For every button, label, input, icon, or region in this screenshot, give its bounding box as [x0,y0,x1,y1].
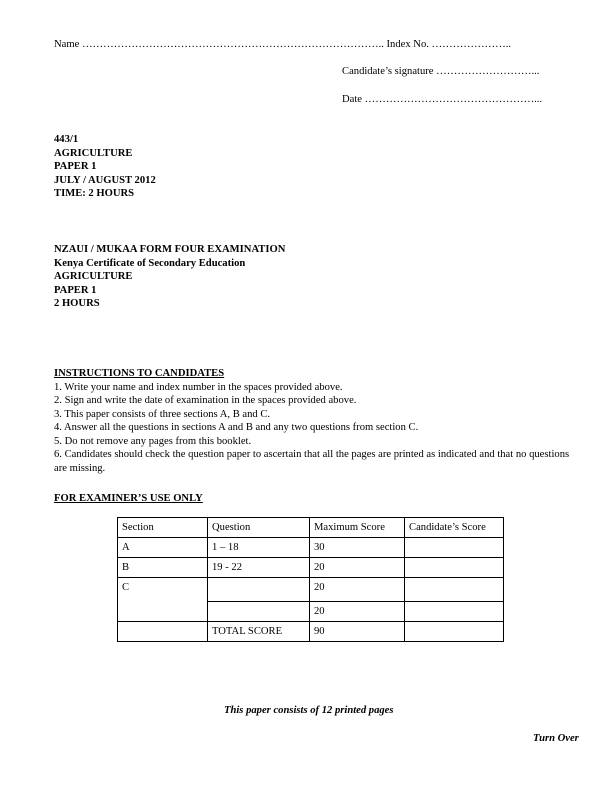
paper-date: JULY / AUGUST 2012 [54,174,156,188]
table-row: A 1 – 18 30 [118,538,504,558]
table-header-row: Section Question Maximum Score Candidate… [118,518,504,538]
index-blank[interactable]: ………………….. [432,39,511,50]
row-question [208,602,310,622]
paper-subject: AGRICULTURE [54,147,156,161]
header-candidate-score: Candidate’s Score [405,518,504,538]
row-question: 19 - 22 [208,558,310,578]
exam-duration: 2 HOURS [54,297,285,311]
examiner-section-title: FOR EXAMINER’S USE ONLY [54,492,203,505]
row-section: A [118,538,208,558]
instruction-item: 5. Do not remove any pages from this boo… [54,435,584,449]
paper-time: TIME: 2 HOURS [54,187,156,201]
date-blank[interactable]: …………………………………………... [365,94,542,105]
name-label: Name [54,39,79,50]
index-label: Index No. [387,39,429,50]
exam-paper: PAPER 1 [54,284,285,298]
instruction-item: 2. Sign and write the date of examinatio… [54,394,584,408]
row-max-score: 30 [310,538,405,558]
name-field-line: Name ………………………………………………………………………….. Inde… [54,38,511,51]
row-candidate-score[interactable] [405,538,504,558]
exam-subject: AGRICULTURE [54,270,285,284]
header-question: Question [208,518,310,538]
signature-field-line: Candidate’s signature ………………………... [342,65,539,78]
table-row: C 20 [118,578,504,602]
score-table: Section Question Maximum Score Candidate… [117,517,504,642]
turn-over-note: Turn Over [533,732,579,745]
table-row: B 19 - 22 20 [118,558,504,578]
paper-number: PAPER 1 [54,160,156,174]
row-max-score: 20 [310,558,405,578]
header-max-score: Maximum Score [310,518,405,538]
instructions-title: INSTRUCTIONS TO CANDIDATES [54,367,584,381]
row-section: B [118,558,208,578]
signature-label: Candidate’s signature [342,66,434,77]
row-question: 1 – 18 [208,538,310,558]
pages-note: This paper consists of 12 printed pages [224,704,394,717]
row-candidate-score[interactable] [405,622,504,642]
row-section [118,622,208,642]
row-question [208,578,310,602]
header-section: Section [118,518,208,538]
row-max-score: 90 [310,622,405,642]
row-question: TOTAL SCORE [208,622,310,642]
instructions-section: INSTRUCTIONS TO CANDIDATES 1. Write your… [54,367,584,475]
paper-info: 443/1 AGRICULTURE PAPER 1 JULY / AUGUST … [54,133,156,201]
exam-certificate: Kenya Certificate of Secondary Education [54,257,285,271]
instruction-item: 1. Write your name and index number in t… [54,381,584,395]
row-section: C [118,578,208,622]
instruction-item: 3. This paper consists of three sections… [54,408,584,422]
signature-blank[interactable]: ………………………... [436,66,539,77]
date-label: Date [342,94,362,105]
row-candidate-score[interactable] [405,558,504,578]
exam-title: NZAUI / MUKAA FORM FOUR EXAMINATION [54,243,285,257]
instruction-item: 4. Answer all the questions in sections … [54,421,584,435]
exam-info: NZAUI / MUKAA FORM FOUR EXAMINATION Keny… [54,243,285,311]
paper-code: 443/1 [54,133,156,147]
name-blank[interactable]: ………………………………………………………………………….. [82,39,384,50]
row-max-score: 20 [310,602,405,622]
row-candidate-score[interactable] [405,602,504,622]
row-max-score: 20 [310,578,405,602]
date-field-line: Date …………………………………………... [342,93,542,106]
row-candidate-score[interactable] [405,578,504,602]
instruction-item: 6. Candidates should check the question … [54,448,584,475]
table-total-row: TOTAL SCORE 90 [118,622,504,642]
